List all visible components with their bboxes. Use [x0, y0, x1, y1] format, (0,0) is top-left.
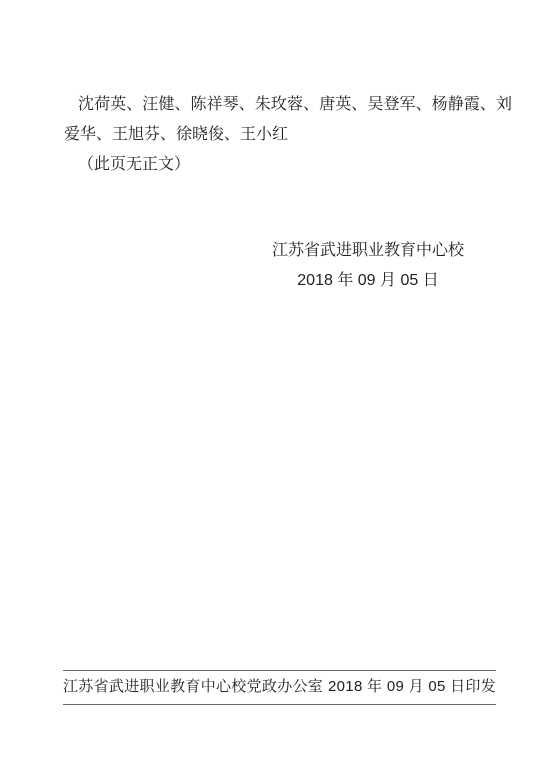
document-page: 沈荷英、汪健、陈祥琴、朱玫蓉、唐英、吴登军、杨静霞、刘爱华、王旭芬、徐晓俊、王小…: [0, 0, 554, 783]
footer-issuer: 江苏省武进职业教育中心校党政办公室: [63, 672, 323, 702]
signature-date: 2018 年 09 月 05 日: [248, 266, 488, 296]
footer-colophon: 江苏省武进职业教育中心校党政办公室 2018 年 09 月 05 日印发: [63, 670, 496, 705]
footer-row: 江苏省武进职业教育中心校党政办公室 2018 年 09 月 05 日印发: [63, 671, 496, 704]
signature-organization: 江苏省武进职业教育中心校: [248, 236, 488, 266]
footer-issue-date: 2018 年 09 月 05 日印发: [328, 672, 496, 702]
names-paragraph: 沈荷英、汪健、陈祥琴、朱玫蓉、唐英、吴登军、杨静霞、刘爱华、王旭芬、徐晓俊、王小…: [64, 90, 512, 150]
no-main-text-note: （此页无正文）: [64, 150, 512, 180]
signature-block: 江苏省武进职业教育中心校 2018 年 09 月 05 日: [248, 236, 488, 296]
document-body: 沈荷英、汪健、陈祥琴、朱玫蓉、唐英、吴登军、杨静霞、刘爱华、王旭芬、徐晓俊、王小…: [64, 90, 512, 180]
